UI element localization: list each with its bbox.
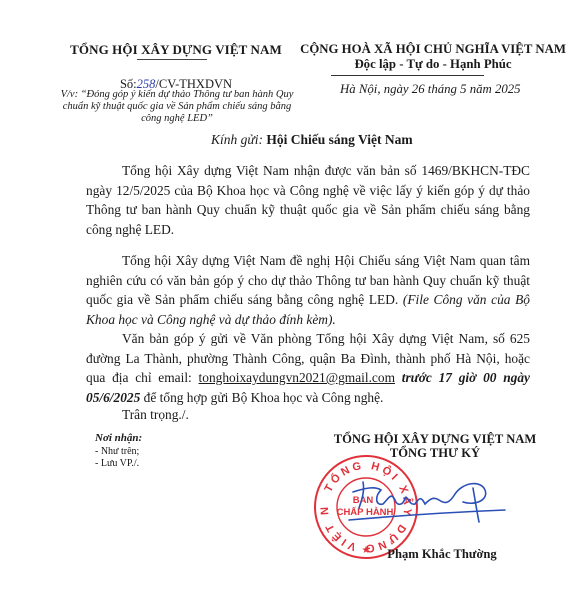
signer-name: Phạm Khắc Thường [290, 547, 580, 562]
body-paragraph-2: Tổng hội Xây dựng Việt Nam đề nghị Hội C… [86, 251, 530, 329]
recipients-list-item: - Như trên; [95, 446, 139, 457]
place-date: Hà Nội, ngày 26 tháng 5 năm 2025 [340, 82, 580, 97]
contact-email-link[interactable]: tonghoixaydungvn2021@gmail.com [199, 370, 395, 385]
motto-underline [331, 75, 484, 76]
national-motto: Độc lập - Tự do - Hạnh Phúc [288, 57, 578, 72]
recipient-name: Hội Chiếu sáng Việt Nam [266, 132, 412, 147]
header-left-underline [137, 59, 207, 60]
closing-remark: Trân trọng./. [122, 407, 189, 423]
handwritten-signature-icon [345, 470, 515, 530]
recipient-line: Kính gửi: Hội Chiếu sáng Việt Nam [211, 132, 413, 148]
national-title: CỘNG HOÀ XÃ HỘI CHỦ NGHĨA VIỆT NAM [288, 42, 578, 57]
issuing-organization: TỔNG HỘI XÂY DỰNG VIỆT NAM [60, 42, 292, 58]
recipient-label: Kính gửi: [211, 132, 263, 147]
recipients-list-item: - Lưu VP./. [95, 458, 139, 469]
body-paragraph-3: Văn bản góp ý gửi về Văn phòng Tổng hội … [86, 329, 530, 407]
body-paragraph-1: Tổng hội Xây dựng Việt Nam nhận được văn… [86, 161, 530, 239]
para3-end: để tổng hợp gửi Bộ Khoa học và Công nghệ… [144, 390, 384, 405]
recipients-list-title: Nơi nhận: [95, 432, 142, 444]
signing-organization: TỔNG HỘI XÂY DỰNG VIỆT NAM [290, 432, 580, 447]
document-subject: V/v: “Đóng góp ý kiến dự thảo Thông tư b… [58, 89, 296, 125]
